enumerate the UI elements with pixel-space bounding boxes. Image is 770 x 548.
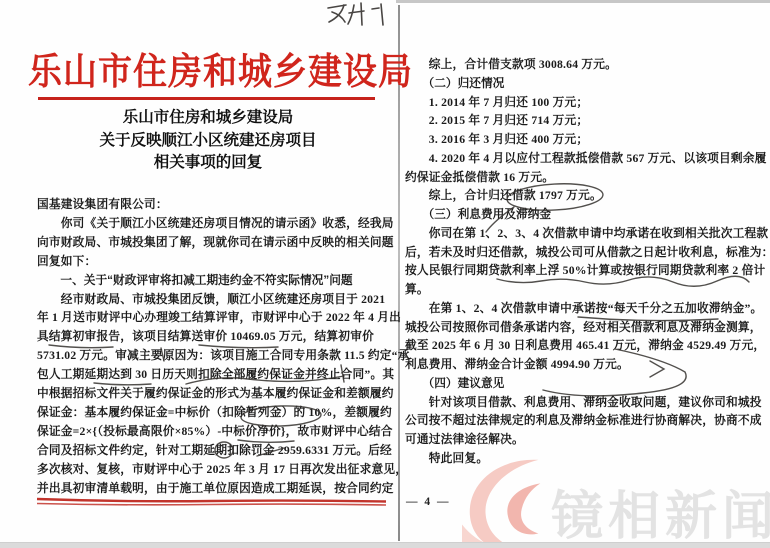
text-line: 你司《关于顺江小区统建还房项目情况的请示函》收悉，经我局 (37, 215, 389, 234)
red-underline (37, 499, 386, 505)
text-line: 合同及招标文件约定，针对工期延期扣除罚金 2959.6331 万元。后经 (37, 442, 389, 461)
text-line: 利息费用、滞纳金合计金额 4994.90 万元。 (405, 356, 755, 375)
text-line: 并出具初审清单载明，由于施工单位原因造成工期延误，按合同约定 (37, 480, 389, 499)
text-line: 具结算初审报告，该项目结算送审价 10469.05 万元，结算初审价 (37, 328, 389, 347)
text-line: 经市财政局、市城投集团反馈，顺江小区统建还房项目于 2021 (37, 291, 389, 310)
text-line: 多次核对、复核，市财评中心于 2025 年 3 月 17 日再次发出征求意见， (37, 461, 389, 480)
left-page-body: 国基建设集团有限公司： 你司《关于顺江小区统建还房项目情况的请示函》收悉，经我局… (37, 196, 389, 499)
section-heading: （三）利息费用及滞纳金 (405, 206, 755, 225)
text-line: 1. 2014 年 7 月归还 100 万元； (405, 94, 755, 113)
text-line: 针对该项目借款、利息费用、滞纳金收取问题，建议你司和城投 (405, 394, 755, 413)
watermark-logo-icon (460, 456, 558, 548)
letterhead-title: 乐山市住房和城乡建设局 (28, 42, 388, 95)
text-line: 向市财政局、市城投集团了解，现就你司在请示函中反映的相关问题 (37, 234, 389, 253)
text-line: 公司按不超过法律规定的利息及滞纳金标准进行协商解决，协商不成 (405, 412, 755, 431)
text-line: 综上，合计归还借款 1797 万元。 (405, 187, 755, 206)
text-line: 特此回复。 (405, 450, 755, 469)
text-line: 后，若未及时归还借款，城投公司可从借款之日起计收利息，标准为： (405, 244, 755, 263)
document-title-line: 乐山市住房和城乡建设局 (28, 107, 388, 130)
text-line: 5731.02 万元。审减主要原因为：该项目施工合同专用条款 11.5 约定“承 (37, 347, 389, 366)
scanned-letter: 乐山市住房和城乡建设局 乐山市住房和城乡建设局 关于反映顺江小区统建还房项目 相… (0, 0, 770, 548)
scan-edge-bottom (0, 542, 770, 548)
document-title: 乐山市住房和城乡建设局 关于反映顺江小区统建还房项目 相关事项的回复 (28, 107, 388, 175)
letterhead-rule (38, 97, 375, 100)
watermark-text: 镜相新闻 (551, 474, 770, 548)
text-line: 回复如下： (37, 253, 389, 272)
section-heading: （四）建议意见 (405, 375, 755, 394)
document-title-line: 关于反映顺江小区统建还房项目 (28, 130, 388, 153)
document-title-line: 相关事项的回复 (28, 152, 388, 175)
text-line: 保证金：基本履约保证金=中标价（扣除暂列金）的 10%，差额履约 (37, 404, 389, 423)
text-line: 保证金=2×{（投标最高限价×85%）-中标价净价}，故市财评中心结合 (37, 423, 389, 442)
text-line: 中根据招标文件关于履约保证金的形式为基本履约保证金和差额履约 (37, 385, 389, 404)
right-page-body: 综上，合计借支款项 3008.64 万元。 （二）归还情况 1. 2014 年 … (405, 56, 755, 469)
text-line: 截至 2025 年 6 月 30 日利息费用 465.41 万元，滞纳金 452… (405, 337, 755, 356)
text-line: 2. 2015 年 7 月归还 714 万元； (405, 112, 755, 131)
scan-edge-top (396, 0, 770, 3)
text-line: 年 1 月送市财评中心办理竣工结算评审，市财评中心于 2022 年 4 月出 (37, 309, 389, 328)
handwritten-mark (328, 3, 383, 25)
text-line: 城投公司按照你司借条承诺内容，经对相关借款利息及滞纳金测算， (405, 319, 755, 338)
page-number: — 4 — (406, 496, 451, 508)
text-line: 包人工期延期达到 30 日历天则扣除全部履约保证金并终止合同”。其 (37, 366, 389, 385)
text-line: 可通过法律途径解决。 (405, 431, 755, 450)
text-line: 按人民银行同期贷款利率上浮 50%计算或按银行同期贷款利率 2 倍计 (405, 262, 755, 281)
text-line: 3. 2016 年 3 月归还 400 万元； (405, 131, 755, 150)
text-line: 国基建设集团有限公司： (37, 196, 389, 215)
text-line: 你司在第 1、2、3、4 次借款申请中均承诺在收到相关批次工程款 (405, 225, 755, 244)
section-heading: 一、关于“财政评审将扣减工期违约金不符实际情况”问题 (37, 272, 389, 291)
text-line: 算。 (405, 281, 755, 300)
text-line: 约保证金抵偿借款 16 万元。 (405, 169, 755, 188)
section-heading: （二）归还情况 (405, 75, 755, 94)
text-line: 在第 1、2、4 次借款申请中承诺按“每天千分之五加收滞纳金”。 (405, 300, 755, 319)
text-line: 综上，合计借支款项 3008.64 万元。 (405, 56, 755, 75)
text-line: 4. 2020 年 4 月以应付工程款抵偿借款 567 万元、以该项目剩余履 (405, 150, 755, 169)
